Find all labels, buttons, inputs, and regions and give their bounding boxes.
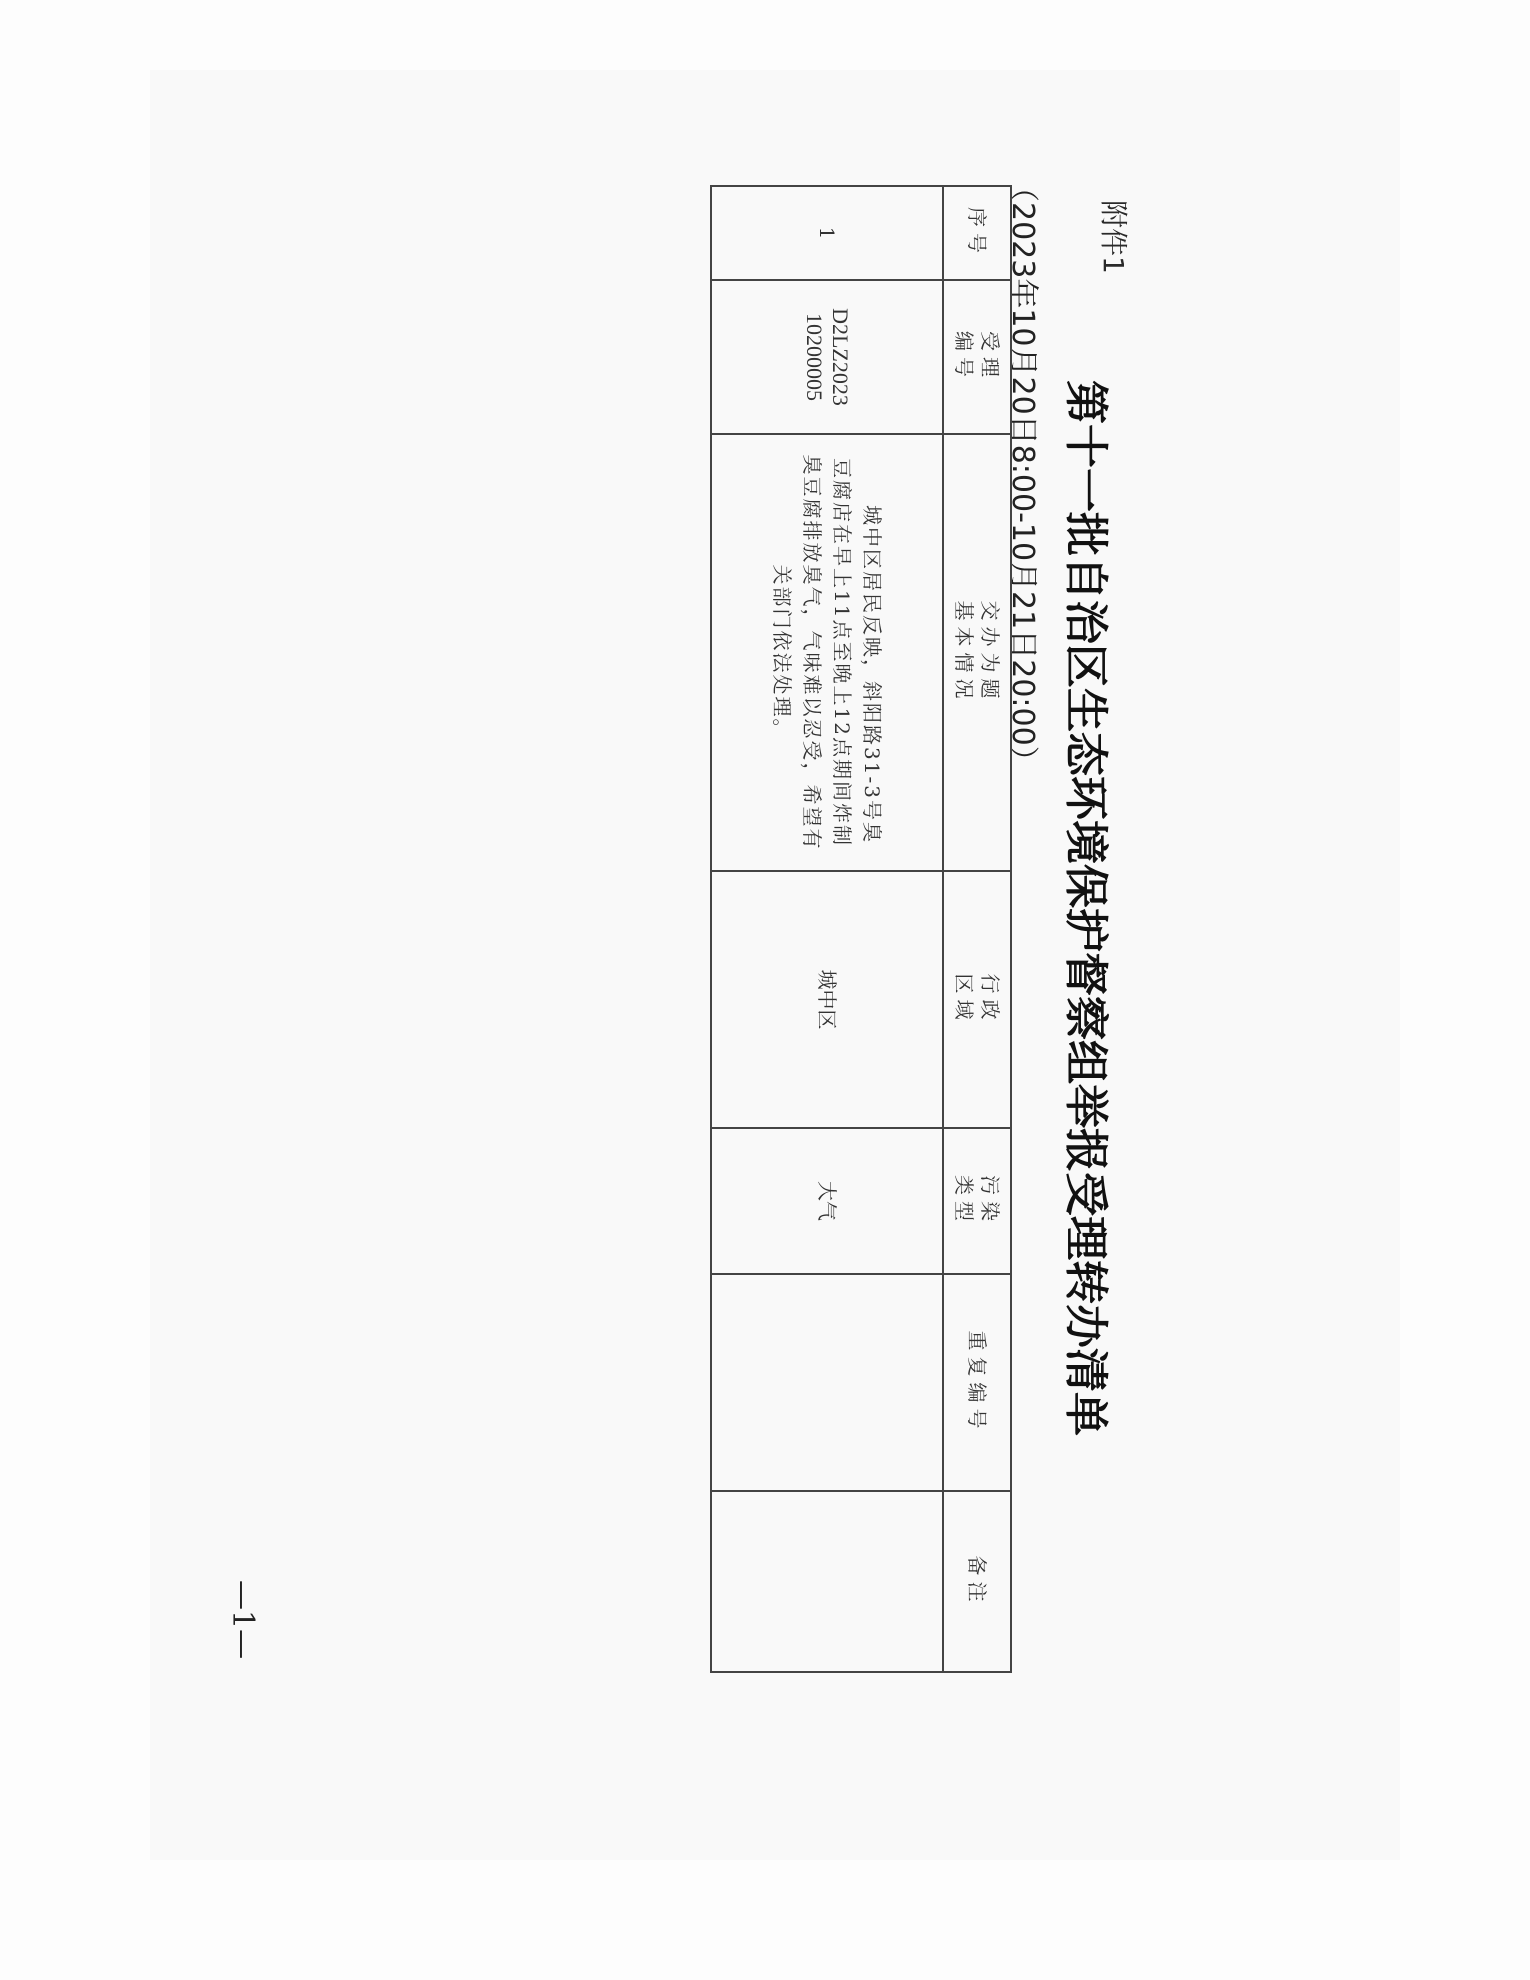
header-serial: 序号 bbox=[943, 186, 1011, 280]
cell-case-id: D2LZ2023 10200005 bbox=[711, 280, 943, 434]
cell-pollution-type: 大气 bbox=[711, 1128, 943, 1274]
document-page-rotated: 附件1 第十一批自治区生态环境保护督察组举报受理转办清单 （2023年10月20… bbox=[0, 0, 1530, 1980]
table-row: 1 D2LZ2023 10200005 城中区居民反映，斜阳路31-3号臭豆腐店… bbox=[711, 186, 943, 1672]
description-text: 城中区居民反映，斜阳路31-3号臭豆腐店在早上11点至晚上12点期间炸制臭豆腐排… bbox=[770, 455, 884, 851]
header-case-id: 受理 编号 bbox=[943, 280, 1011, 434]
document-title: 第十一批自治区生态环境保护督察组举报受理转办清单 bbox=[1058, 380, 1122, 1580]
cell-district: 城中区 bbox=[711, 871, 943, 1128]
cell-description: 城中区居民反映，斜阳路31-3号臭豆腐店在早上11点至晚上12点期间炸制臭豆腐排… bbox=[711, 434, 943, 871]
header-description: 交办为题 基本情况 bbox=[943, 434, 1011, 871]
cell-duplicate-id bbox=[711, 1274, 943, 1491]
table-header-row: 序号 受理 编号 交办为题 基本情况 行政 区域 污染 类型 重复编号 备注 bbox=[943, 186, 1011, 1672]
header-duplicate-id: 重复编号 bbox=[943, 1274, 1011, 1491]
header-remarks: 备注 bbox=[943, 1491, 1011, 1672]
header-district: 行政 区域 bbox=[943, 871, 1011, 1128]
cell-remarks bbox=[711, 1491, 943, 1672]
transfer-list-table: 序号 受理 编号 交办为题 基本情况 行政 区域 污染 类型 重复编号 备注 1 bbox=[710, 185, 1012, 1673]
page-number: —1— bbox=[225, 1580, 260, 1659]
header-pollution-type: 污染 类型 bbox=[943, 1128, 1011, 1274]
attachment-label: 附件1 bbox=[1095, 200, 1135, 274]
cell-serial: 1 bbox=[711, 186, 943, 280]
